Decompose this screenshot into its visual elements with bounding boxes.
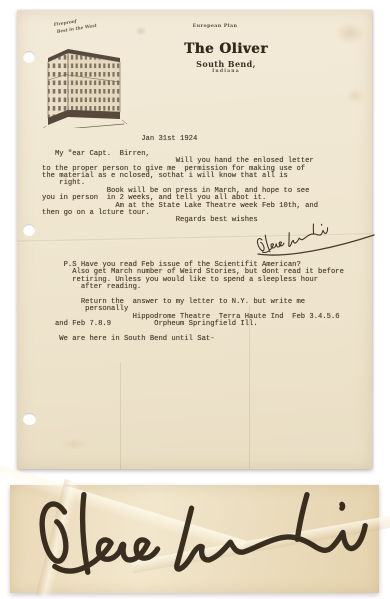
hotel-name: The Oliver <box>156 41 296 57</box>
signature-closeup <box>10 485 379 593</box>
punch-hole-middle <box>23 224 35 236</box>
stain <box>135 26 147 36</box>
stain <box>345 88 365 104</box>
hotel-state: Indiana <box>156 69 296 74</box>
european-plan-label: European Plan <box>165 23 265 29</box>
fold-crease-vertical <box>120 362 121 469</box>
hotel-building-engraving-icon: Fireproof Best in the West <box>24 18 128 128</box>
hotel-city: South Bend, <box>156 59 296 69</box>
punch-hole-bottom <box>23 413 36 425</box>
stain <box>61 438 87 450</box>
photo-background: Fireproof Best in the West European Plan… <box>0 0 390 599</box>
stain <box>335 22 365 44</box>
letter-page: Fireproof Best in the West European Plan… <box>17 10 372 469</box>
houdini-signature-small <box>248 206 378 262</box>
houdini-signature-large <box>10 485 379 593</box>
